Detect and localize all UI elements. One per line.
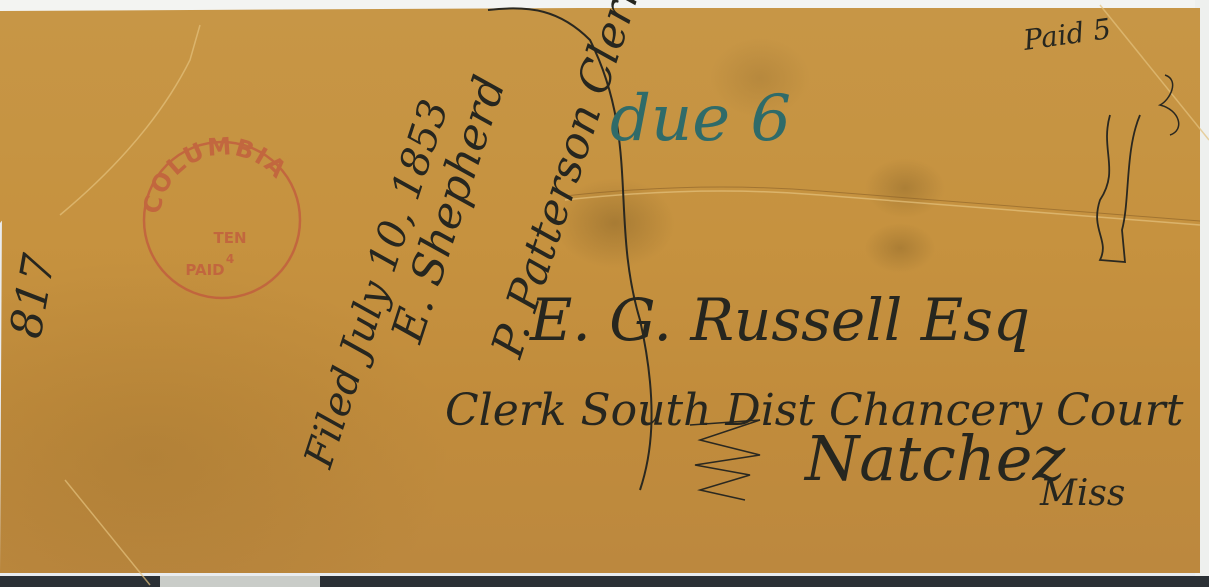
blue-docket: due 6 (610, 82, 791, 156)
address-name: E. G. Russell Esq (529, 286, 1030, 354)
svg-text:4: 4 (226, 252, 234, 266)
margin-note: 817 (1, 250, 66, 342)
address-city: Natchez (803, 422, 1065, 495)
rate-marking: Paid 5 (1020, 12, 1113, 57)
svg-text:TEN: TEN (213, 229, 246, 247)
address-state: Miss (1039, 473, 1125, 514)
envelope-markings: COLUMBIA TEN 4 PAID Filed July 10, 1853 … (0, 0, 1209, 587)
svg-text:PAID: PAID (185, 261, 224, 279)
postmark: COLUMBIA TEN 4 PAID (138, 132, 300, 298)
svg-text:COLUMBIA: COLUMBIA (138, 132, 293, 216)
